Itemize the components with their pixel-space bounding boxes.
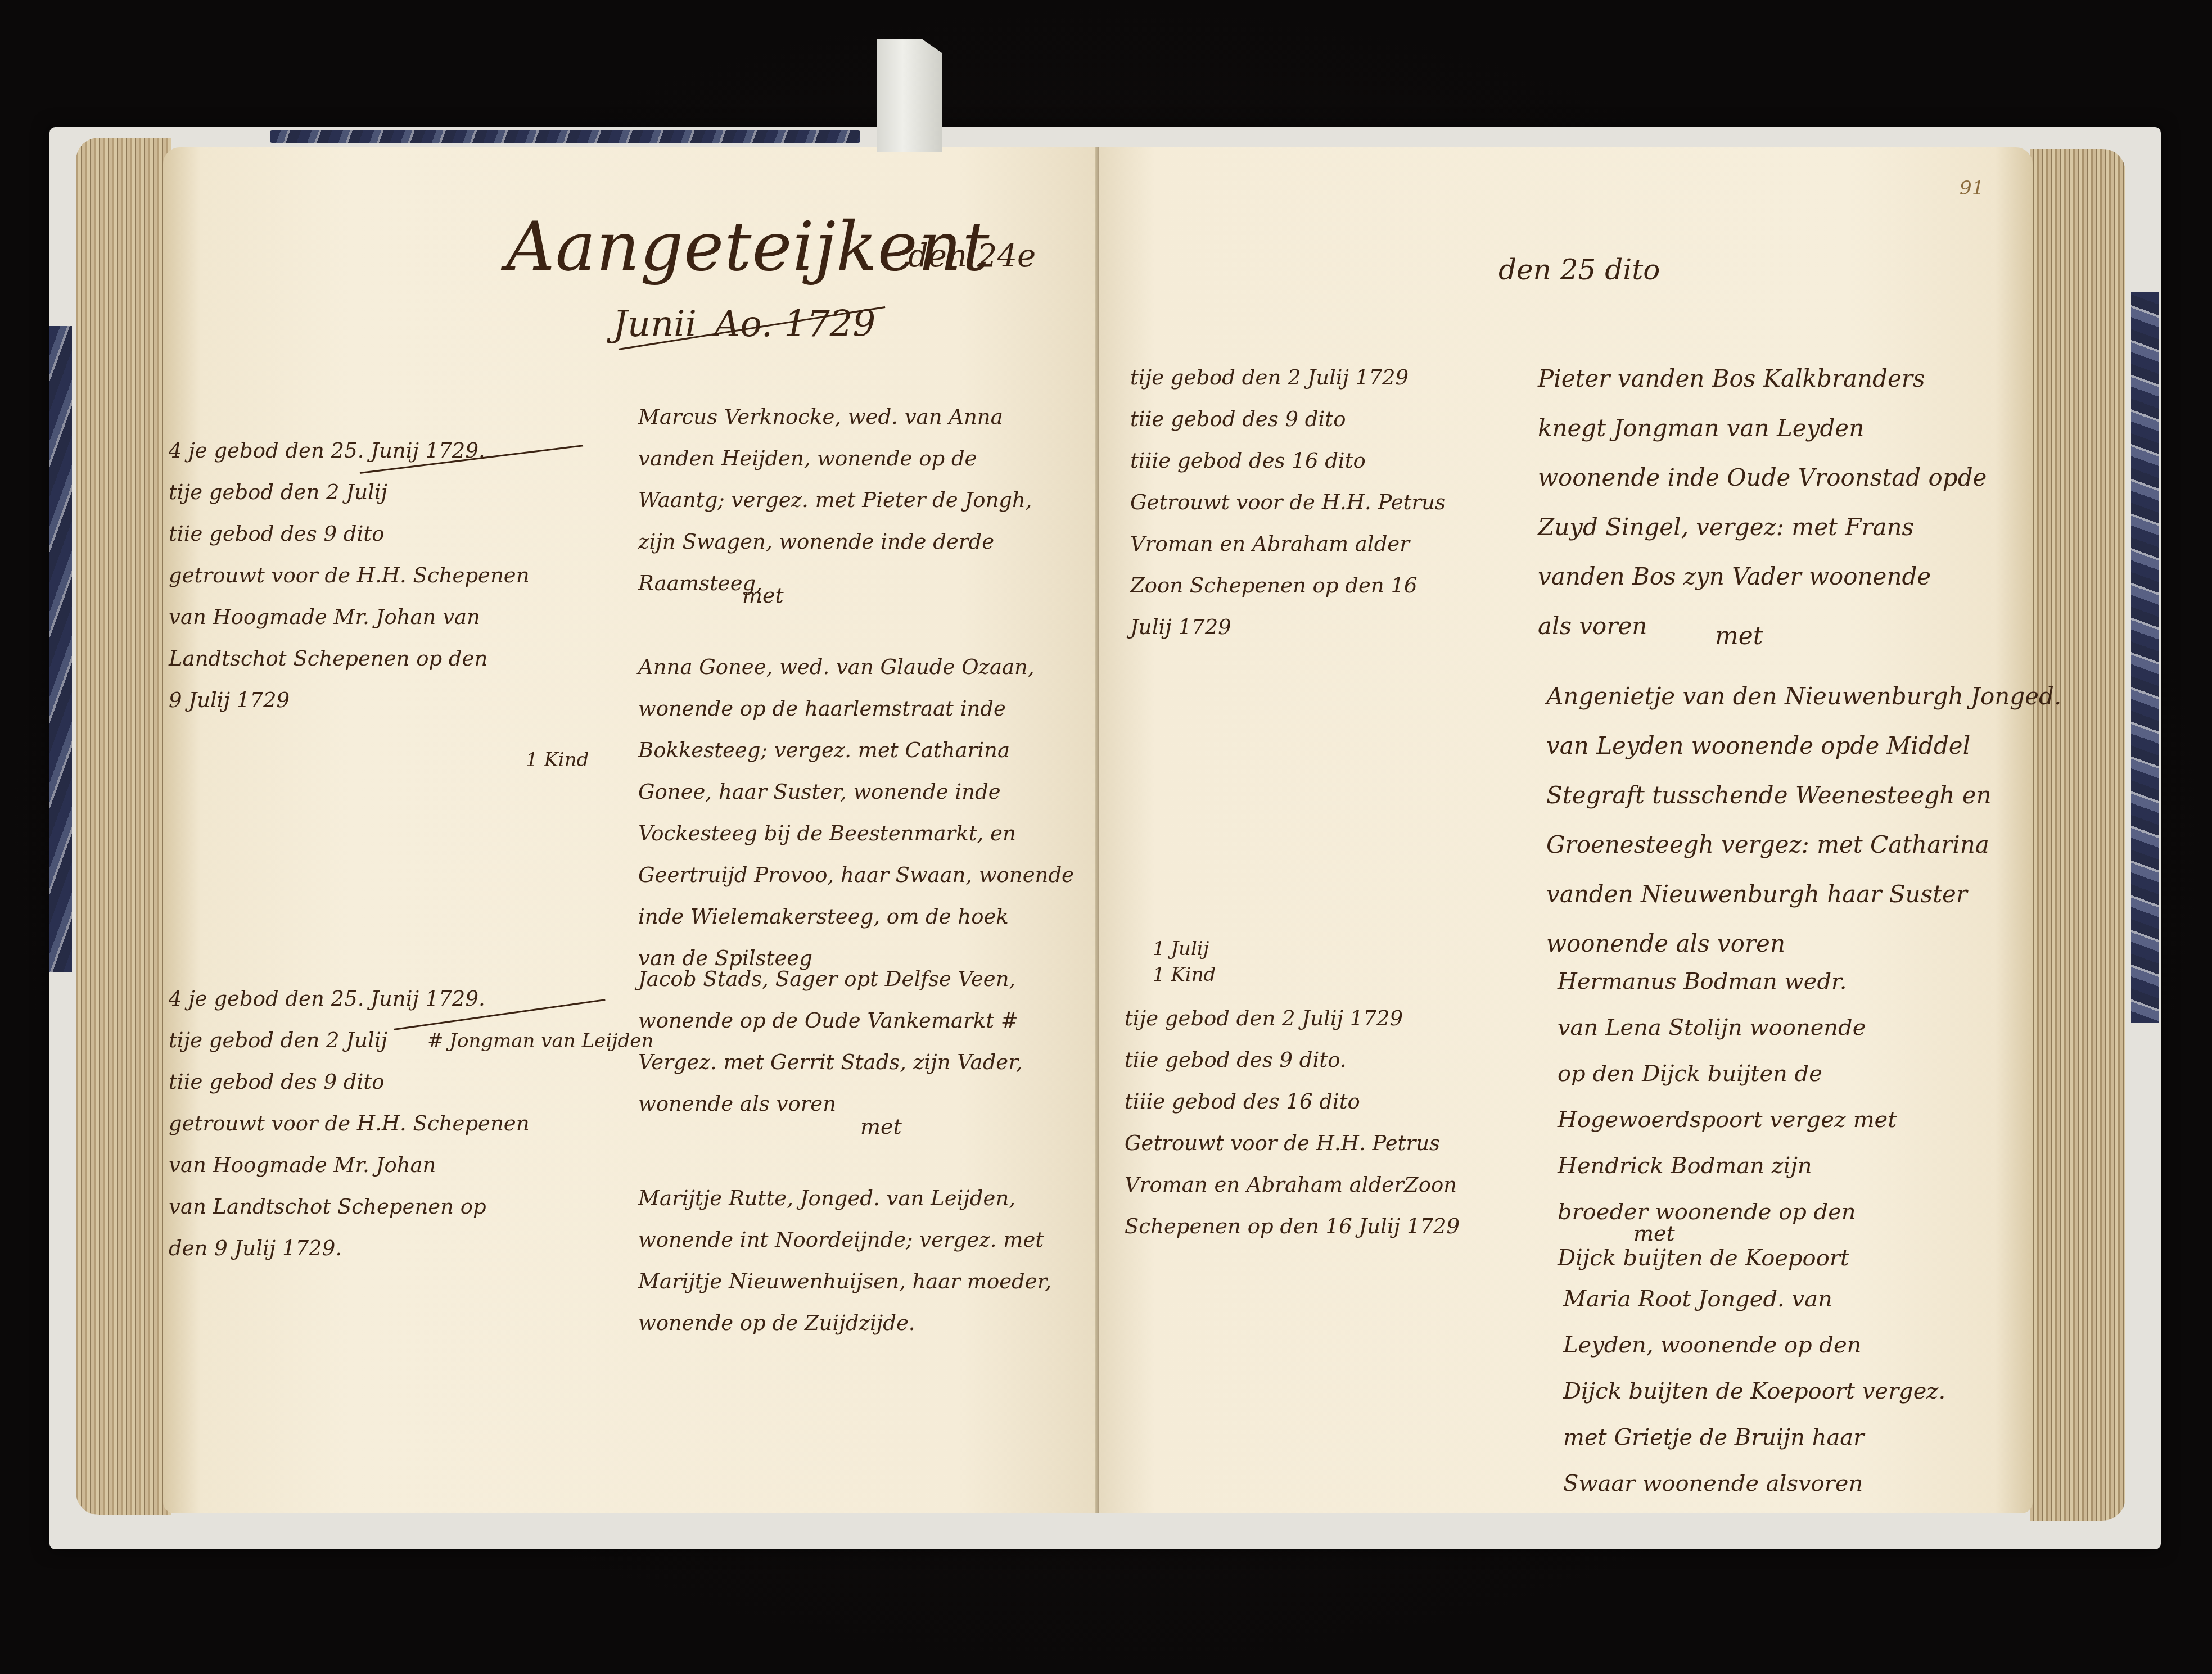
margin-note: 1 Julij 1 Kind (1153, 936, 1216, 988)
banns-line: Vroman en Abraham alderZoon (1125, 1164, 1460, 1206)
banns-line: tiiie gebod des 16 dito (1130, 440, 1446, 482)
bride-line: met Grietje de Bruijn haar (1563, 1414, 1945, 1460)
banns-line: 9 Julij 1729 (169, 680, 530, 721)
banns-line: den 9 Julij 1729. (169, 1228, 530, 1269)
bride-line: Dijck buijten de Koepoort vergez. (1563, 1368, 1945, 1414)
entry-4-bride: Maria Root Jonged. van Leyden, woonende … (1563, 1276, 1945, 1506)
banns-line: tiie gebod des 9 dito (1130, 399, 1446, 440)
groom-line: vanden Bos zyn Vader woonende (1538, 552, 1987, 601)
groom-line: broeder woonende op den (1558, 1189, 1897, 1235)
bookmark-ribbon (877, 39, 942, 152)
banns-line: tiiie gebod des 16 dito (1125, 1081, 1460, 1123)
banns-line: getrouwt voor de H.H. Schepenen (169, 555, 530, 596)
groom-line: Raamsteeg, (638, 563, 1032, 604)
banns-line: tije gebod den 2 Julij (169, 472, 530, 513)
marbled-endpaper-right (2131, 292, 2159, 1023)
groom-line: wonende als voren (638, 1083, 1023, 1125)
title-date-suffix: den 24e (908, 241, 1036, 272)
groom-line: Dijck buijten de Koepoort (1558, 1235, 1897, 1281)
banns-line: Getrouwt voor de H.H. Petrus (1125, 1123, 1460, 1164)
groom-line: vanden Heijden, wonende op de (638, 438, 1032, 479)
groom-line: op den Dijck buijten de (1558, 1051, 1897, 1097)
entry-3-banns: tije gebod den 2 Julij 1729 tiie gebod d… (1130, 357, 1446, 648)
bride-line: Swaar woonende alsvoren (1563, 1460, 1945, 1506)
banns-line: tije gebod den 2 Julij 1729 (1130, 357, 1446, 399)
bride-line: Marijtje Rutte, Jonged. van Leijden, (638, 1178, 1051, 1219)
bride-line: Gonee, haar Suster, wonende inde (638, 771, 1074, 813)
bride-line: Groenesteegh vergez: met Catharina (1546, 820, 2061, 870)
bride-line: wonende op de haarlemstraat inde (638, 688, 1074, 730)
bride-line: Angenietje van den Nieuwenburgh Jonged. (1546, 672, 2061, 721)
banns-line: van Hoogmade Mr. Johan (169, 1144, 530, 1186)
entry-2-groom: Jacob Stads, Sager opt Delfse Veen, wone… (638, 958, 1023, 1125)
groom-line: Waantg; vergez. met Pieter de Jongh, (638, 479, 1032, 521)
entry-1-bride: Anna Gonee, wed. van Glaude Ozaan, wonen… (638, 646, 1074, 979)
banns-line: Zoon Schepenen op den 16 (1130, 565, 1446, 607)
entry-4-banns: tije gebod den 2 Julij 1729 tiie gebod d… (1125, 998, 1460, 1247)
banns-line: van Hoogmade Mr. Johan van (169, 596, 530, 638)
entry-4-groom: Hermanus Bodman wedr. van Lena Stolijn w… (1558, 958, 1897, 1281)
groom-line: Marcus Verknocke, wed. van Anna (638, 396, 1032, 438)
entry-2-banns: 4 je gebod den 25. Junij 1729. tije gebo… (169, 978, 530, 1269)
connector-met: met (1633, 1223, 1675, 1244)
banns-line: Vroman en Abraham alder (1130, 523, 1446, 565)
page-edges-left (76, 138, 171, 1515)
margin-note: # Jongman van Leijden (427, 1031, 653, 1051)
groom-line: van Lena Stolijn woonende (1558, 1005, 1897, 1051)
groom-line: wonende op de Oude Vankemarkt # (638, 1000, 1023, 1042)
banns-line: 4 je gebod den 25. Junij 1729. (169, 978, 530, 1020)
groom-line: Hogewoerdspoort vergez met (1558, 1097, 1897, 1143)
marbled-endpaper-top (270, 130, 860, 143)
groom-line: Hendrick Bodman zijn (1558, 1143, 1897, 1189)
groom-line: Hermanus Bodman wedr. (1558, 958, 1897, 1005)
groom-line: Pieter vanden Bos Kalkbranders (1538, 354, 1987, 404)
banns-line: Schepenen op den 16 Julij 1729 (1125, 1206, 1460, 1247)
page-number: 91 (1960, 179, 1984, 198)
bride-line: Maria Root Jonged. van (1563, 1276, 1945, 1322)
connector-met: met (1715, 624, 1763, 649)
banns-line: Getrouwt voor de H.H. Petrus (1130, 482, 1446, 523)
banns-line: getrouwt voor de H.H. Schepenen (169, 1103, 530, 1144)
bride-line: Geertruijd Provoo, haar Swaan, wonende (638, 854, 1074, 896)
margin-note-line: 1 Kind (1153, 962, 1216, 988)
bride-line: Anna Gonee, wed. van Glaude Ozaan, (638, 646, 1074, 688)
bride-line: Bokkesteeg; vergez. met Catharina (638, 730, 1074, 771)
banns-line: Landtschot Schepenen op den (169, 638, 530, 680)
banns-line: tiie gebod des 9 dito. (1125, 1039, 1460, 1081)
marbled-endpaper-left (49, 326, 72, 972)
entry-1-groom: Marcus Verknocke, wed. van Anna vanden H… (638, 396, 1032, 604)
title-month: Junii (613, 306, 697, 342)
groom-line: Jacob Stads, Sager opt Delfse Veen, (638, 958, 1023, 1000)
groom-line: knegt Jongman van Leyden (1538, 404, 1987, 453)
groom-line: Zuyd Singel, vergez: met Frans (1538, 503, 1987, 552)
entry-3-groom: Pieter vanden Bos Kalkbranders knegt Jon… (1538, 354, 1987, 651)
banns-line: 4 je gebod den 25. Junij 1729. (169, 430, 530, 472)
groom-line: zijn Swagen, wonende inde derde (638, 521, 1032, 563)
bride-line: wonende op de Zuijdzijde. (638, 1302, 1051, 1344)
groom-line: woonende inde Oude Vroonstad opde (1538, 453, 1987, 503)
margin-note: 1 Kind (526, 750, 589, 770)
banns-line: tiie gebod des 9 dito (169, 1061, 530, 1103)
date-heading: den 25 dito (1498, 256, 1660, 284)
entry-1-banns: 4 je gebod den 25. Junij 1729. tije gebo… (169, 430, 530, 721)
banns-line: tije gebod den 2 Julij 1729 (1125, 998, 1460, 1039)
entry-3-bride: Angenietje van den Nieuwenburgh Jonged. … (1546, 672, 2061, 969)
bride-line: Stegraft tusschende Weenesteegh en (1546, 771, 2061, 820)
entry-2-bride: Marijtje Rutte, Jonged. van Leijden, won… (638, 1178, 1051, 1344)
banns-line: tiie gebod des 9 dito (169, 513, 530, 555)
bride-line: vanden Nieuwenburgh haar Suster (1546, 870, 2061, 919)
margin-note-line: 1 Julij (1153, 936, 1216, 962)
bride-line: inde Wielemakersteeg, om de hoek (638, 896, 1074, 938)
connector-met: met (742, 585, 784, 606)
bride-line: Marijtje Nieuwenhuijsen, haar moeder, (638, 1261, 1051, 1302)
bride-line: van Leyden woonende opde Middel (1546, 721, 2061, 771)
banns-line: Julij 1729 (1130, 607, 1446, 648)
groom-line: Vergez. met Gerrit Stads, zijn Vader, (638, 1042, 1023, 1083)
banns-line: van Landtschot Schepenen op (169, 1186, 530, 1228)
bride-line: Leyden, woonende op den (1563, 1322, 1945, 1368)
connector-met: met (860, 1116, 902, 1137)
bride-line: wonende int Noordeijnde; vergez. met (638, 1219, 1051, 1261)
bride-line: Vockesteeg bij de Beestenmarkt, en (638, 813, 1074, 854)
